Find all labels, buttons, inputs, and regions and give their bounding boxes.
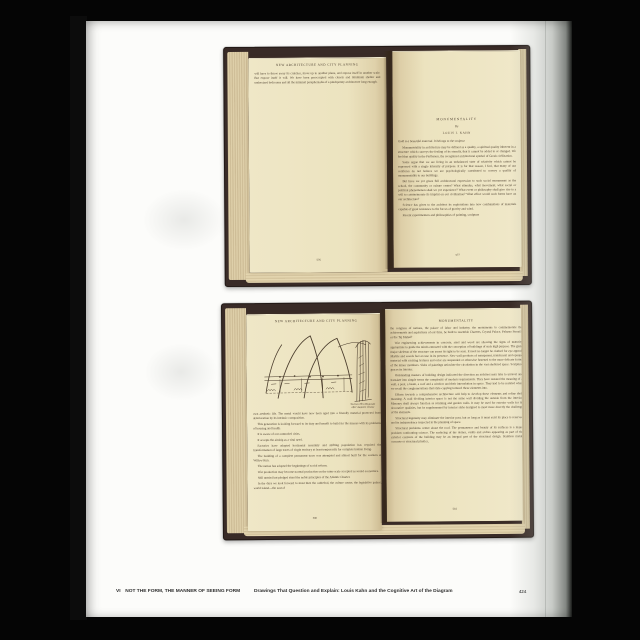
body-paragraph: Outstanding masters of building design i… <box>391 373 523 392</box>
page-edges-left <box>225 308 248 533</box>
running-header: NEW ARCHITECTURE AND CITY PLANNING <box>252 319 380 323</box>
book-page-577: MONUMENTALITY By LOUIS I. KAHN Gold is a… <box>392 50 522 268</box>
body-paragraph: Some argue that we are living in an unba… <box>398 160 516 179</box>
paper-smudge <box>142 189 226 251</box>
body-paragraph: Science has given to the architect its e… <box>398 202 516 212</box>
book-spread-photo-top: NEW ARCHITECTURE AND CITY PLANNING will … <box>223 45 532 287</box>
artbook-page-number: 424 <box>519 589 559 594</box>
body-paragraph: It accepts the airship as a vital need. <box>253 437 381 443</box>
folio-number: 580 <box>293 516 336 520</box>
body-paragraph: War engineering achievements in concrete… <box>390 340 522 372</box>
book-page-581: MONUMENTALITY the congress of nations, t… <box>385 308 523 522</box>
essay-author: LOUIS I. KAHN <box>398 131 516 135</box>
body-paragraph: It is aware of our outmoded cities. <box>253 431 381 437</box>
folio-number: 576 <box>297 258 341 262</box>
chapter-title: NOT THE FORM, THE MANNER OF SEEING FORM <box>125 588 240 593</box>
body-paragraph: will have to throw away its crutches, mo… <box>254 71 380 85</box>
essay-epigraph: Gold is a beautiful material. It belongs… <box>398 139 516 144</box>
body-paragraph: Structural ingenuity may eliminate the i… <box>391 415 523 425</box>
body-paragraph: Still untried but pledged stand the nobl… <box>253 475 381 481</box>
body-paragraph: War production may become normal product… <box>253 469 381 475</box>
running-header: MONUMENTALITY <box>390 319 522 323</box>
body-paragraph: the congress of nations, the palace of l… <box>390 325 522 339</box>
scan-edge-strip <box>70 16 87 620</box>
chapter-number: VI <box>116 588 121 593</box>
body-paragraph: Recent experimenters and philosophies of… <box>398 213 516 218</box>
body-paragraph: The nation has adopted the beginnings of… <box>253 463 381 469</box>
essay-footer-title: Drawings That Question and Explain: Loui… <box>254 588 554 593</box>
folio-number: 577 <box>437 253 478 256</box>
running-header: NEW ARCHITECTURE AND CITY PLANNING <box>254 63 380 67</box>
body-paragraph: In the days we look forward to must then… <box>254 481 382 491</box>
body-paragraph: own aesthetic life. The metal would have… <box>253 411 381 421</box>
page-edges-bottom <box>246 271 523 283</box>
page-crease <box>545 21 546 617</box>
book-page-576: NEW ARCHITECTURE AND CITY PLANNING will … <box>248 57 387 273</box>
figure-caption-line2: after Auguste Choisy <box>351 406 375 409</box>
body-paragraph: Factories have adopted horizontal assemb… <box>253 443 381 453</box>
page-edges-left <box>227 52 250 280</box>
scanned-book-photo: { "colors":{ "surround":"#050505", "scan… <box>0 0 640 640</box>
body-paragraph: This generation is looking forward to it… <box>253 421 381 431</box>
essay-title: MONUMENTALITY <box>398 117 516 121</box>
artbook-scanned-page: NEW ARCHITECTURE AND CITY PLANNING will … <box>86 21 572 617</box>
folio-number: 581 <box>433 507 477 511</box>
body-paragraph: Efforts towards a comprehensive architec… <box>391 392 523 415</box>
book-page-580: NEW ARCHITECTURE AND CITY PLANNING <box>246 313 382 531</box>
paper-smudge <box>144 343 218 401</box>
body-paragraph: Structural problems center about the roo… <box>391 425 523 444</box>
body-paragraph: Monumentality in architecture may be def… <box>398 145 516 159</box>
beauvais-section-sketch: Section Thru Beauvais after Auguste Choi… <box>254 326 377 409</box>
body-paragraph: The building of a complete permanent tow… <box>253 453 381 463</box>
essay-byline: By <box>398 124 516 128</box>
book-spread-photo-bottom: NEW ARCHITECTURE AND CITY PLANNING <box>221 301 534 541</box>
body-paragraph: But have we yet given full architectural… <box>398 179 516 202</box>
